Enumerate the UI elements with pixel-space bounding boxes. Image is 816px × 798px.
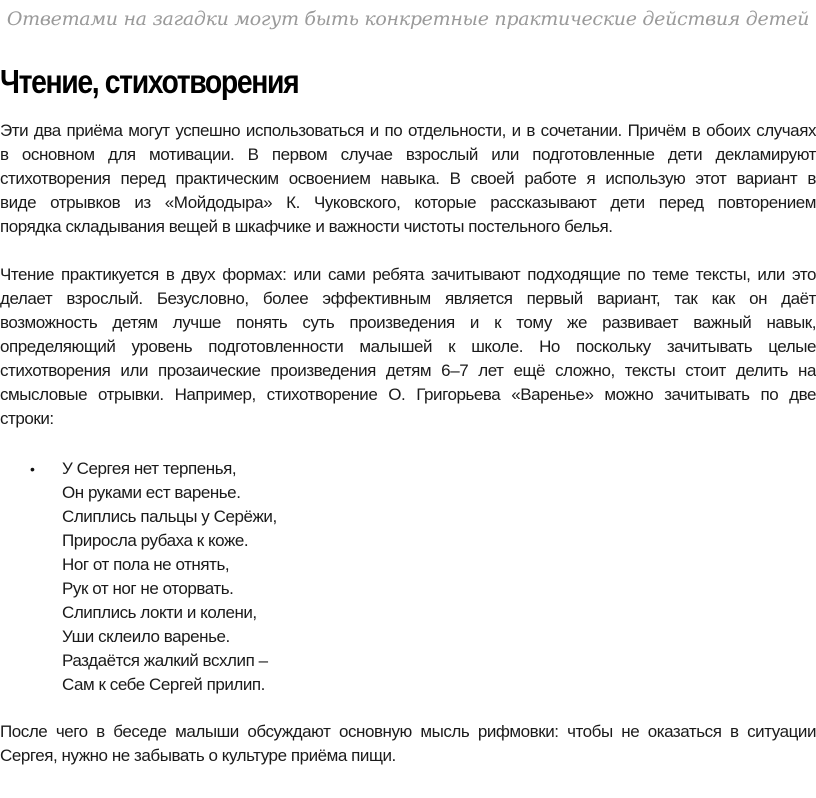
paragraph-line: Сергея, нужно не забывать о культуре при… [0,744,816,768]
poem-line: Уши склеило варенье. [0,625,277,649]
paragraph-line: После чего в беседе малыши обсуждают осн… [0,720,816,744]
poem-line: Сам к себе Сергей прилип. [0,673,277,697]
paragraph-conclusion: После чего в беседе малыши обсуждают осн… [0,720,816,768]
paragraph-line: стихотворения перед практическим освоени… [0,167,816,191]
poem-line: У Сергея нет терпенья, [0,457,277,481]
paragraph-line: Чтение практикуется в двух формах: или с… [0,263,816,287]
paragraph-line: в основном для мотивации. В первом случа… [0,143,816,167]
paragraph-line: смысловые отрывки. Например, стихотворен… [0,383,816,407]
poem-list: • У Сергея нет терпенья, Он руками ест в… [0,457,277,697]
paragraph-line: виде отрывков из «Мойдодыра» К. Чуковско… [0,191,816,215]
paragraph-reading: Чтение практикуется в двух формах: или с… [0,263,816,431]
poem-line: Слиплись локти и колени, [0,601,277,625]
paragraph-line: строки: [0,407,816,431]
paragraph-intro: Эти два приёма могут успешно использоват… [0,119,816,239]
slide-header: Ответами на загадки могут быть конкретны… [0,8,816,30]
poem-line: Он руками ест варенье. [0,481,277,505]
paragraph-line: порядка складывания вещей в шкафчике и в… [0,215,816,239]
paragraph-line: определяющий уровень подготовленности ма… [0,335,816,359]
page-title: Чтение, стихотворения [0,63,298,101]
poem-line: Ног от пола не отнять, [0,553,277,577]
poem-line: Слиплись пальцы у Серёжи, [0,505,277,529]
poem-line: Приросла рубаха к коже. [0,529,277,553]
bullet-icon: • [30,457,34,481]
poem-line: Раздаётся жалкий всхлип – [0,649,277,673]
paragraph-line: Эти два приёма могут успешно использоват… [0,119,816,143]
paragraph-line: возможность детям лучше понять суть прои… [0,311,816,335]
poem-line: Рук от ног не оторвать. [0,577,277,601]
paragraph-line: делает взрослый. Безусловно, более эффек… [0,287,816,311]
paragraph-line: стихотворения или прозаические произведе… [0,359,816,383]
